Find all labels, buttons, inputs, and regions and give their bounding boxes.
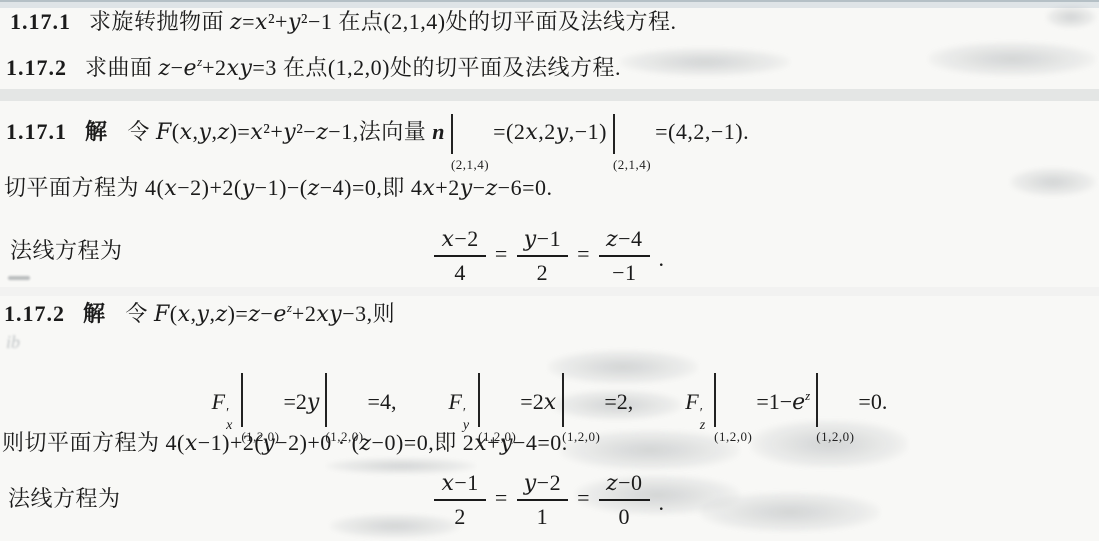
evaluation-bar: (2,1,4) <box>613 114 651 174</box>
bleedthrough-smudge <box>1010 168 1096 196</box>
scanned-textbook-page: ib 1.17.1求旋转抛物面 z=x²+y²−1 在点(2,1,4)处的切平面… <box>0 0 1099 541</box>
normal-vector-value: =(4,2,−1). <box>655 119 749 144</box>
eval-point: (1,2,0) <box>714 429 752 445</box>
problem-statement-1: 1.17.1求旋转抛物面 z=x²+y²−1 在点(2,1,4)处的切平面及法线… <box>10 7 677 38</box>
eval-bar-line <box>241 373 243 427</box>
eval-bar-line <box>714 373 716 427</box>
solution-1-header-line: 1.17.1解令 F(x,y,z)=x²+y²−z−1,法向量 n(2,1,4)… <box>6 104 749 164</box>
fraction-numerator: z−0 <box>599 470 650 501</box>
problem-number: 1.17.2 <box>6 55 67 80</box>
tangent-plane-equation-2: 则切平面方程为 4(x−1)+2(y−2)+0 · (z−0)=0,即 2x+y… <box>2 428 568 459</box>
evaluation-bar: (2,1,4) <box>451 114 489 174</box>
fraction-numerator: y−2 <box>517 470 568 501</box>
problem-number: 1.17.1 <box>10 9 71 34</box>
problem-text: +2xy=3 在点(1,2,0)处的切平面及法线方程. <box>202 55 621 80</box>
fraction: z−4−1 <box>599 226 650 286</box>
eval-point: (1,2,0) <box>562 429 600 445</box>
problem-text: 求曲面 z−e <box>85 55 197 80</box>
fraction-denominator: 4 <box>434 257 485 285</box>
fraction: y−12 <box>517 226 568 286</box>
solve-label: 解 <box>85 119 108 144</box>
bleedthrough-text: ib <box>6 332 20 353</box>
solution-2-header-line: 1.17.2解令 F(x,y,z)=z−ez+2xy−3,则 <box>4 299 395 330</box>
eval-bar-line <box>478 373 480 427</box>
period: . <box>659 490 665 515</box>
F-symbol: F <box>448 389 461 414</box>
fraction: z−00 <box>599 470 650 530</box>
normal-line-equation-1: x−24 = y−12 = z−4−1 . <box>0 226 1099 286</box>
equals-sign: = <box>577 485 590 510</box>
fraction-denominator: 0 <box>599 501 650 529</box>
fraction-numerator: y−1 <box>517 226 568 257</box>
partial-derivative-z: F′z(1,2,0)=1−ez(1,2,0)=0. <box>685 368 887 440</box>
solution-number: 1.17.2 <box>4 301 65 326</box>
scan-shading-band <box>0 287 1099 296</box>
fraction-denominator: 1 <box>517 501 568 529</box>
bleedthrough-smudge <box>1046 6 1096 28</box>
prime-subscript: ′z <box>700 408 705 432</box>
gradient-expression: =(2x,2y,−1) <box>493 119 607 144</box>
exponent: z <box>805 388 810 403</box>
problem-text: 求旋转抛物面 z=x²+y²−1 在点(2,1,4)处的切平面及法线方程. <box>89 9 677 34</box>
tangent-plane-equation-1: 切平面方程为 4(x−2)+2(y−1)−(z−4)=0,即 4x+2y−z−6… <box>4 173 553 204</box>
eval-point: (2,1,4) <box>451 156 489 174</box>
fraction: x−24 <box>434 226 485 286</box>
eval-bar-line <box>613 114 615 154</box>
function-definition: 令 F(x,y,z)=z−e <box>126 301 287 326</box>
fraction-numerator: x−1 <box>434 470 485 501</box>
eval-bar-line <box>816 373 818 427</box>
fraction: x−12 <box>434 470 485 530</box>
solve-label: 解 <box>83 301 106 326</box>
bleedthrough-smudge <box>620 48 790 76</box>
eval-bar-line <box>562 373 564 427</box>
eval-point: (1,2,0) <box>816 429 854 445</box>
solution-number: 1.17.1 <box>6 119 67 144</box>
fraction: y−21 <box>517 470 568 530</box>
equals-sign: = <box>495 241 508 266</box>
eval-point: (2,1,4) <box>613 156 651 174</box>
fraction-numerator: x−2 <box>434 226 485 257</box>
function-definition: 令 F(x,y,z)=x²+y²−z−1,法向量 <box>128 119 433 144</box>
normal-line-equation-2: x−12 = y−21 = z−00 . <box>0 470 1099 530</box>
scan-shading-band <box>0 89 1099 101</box>
fraction-denominator: 2 <box>517 257 568 285</box>
problem-statement-2: 1.17.2求曲面 z−ez+2xy=3 在点(1,2,0)处的切平面及法线方程… <box>6 53 621 84</box>
normal-vector-symbol: n <box>432 119 445 144</box>
F-symbol: F <box>685 389 698 414</box>
evaluation-bar: (1,2,0) <box>562 373 600 445</box>
equals-sign: = <box>577 241 590 266</box>
F-symbol: F <box>212 389 225 414</box>
eval-bar-line <box>451 114 453 154</box>
fraction-denominator: −1 <box>599 257 650 285</box>
fraction-denominator: 2 <box>434 501 485 529</box>
evaluation-bar: (1,2,0) <box>714 373 752 445</box>
period: . <box>659 246 665 271</box>
evaluation-bar: (1,2,0) <box>816 373 854 445</box>
equals-sign: = <box>495 485 508 510</box>
bleedthrough-smudge <box>928 42 1096 76</box>
fraction-numerator: z−4 <box>599 226 650 257</box>
function-definition: +2xy−3,则 <box>292 301 395 326</box>
eval-bar-line <box>325 373 327 427</box>
